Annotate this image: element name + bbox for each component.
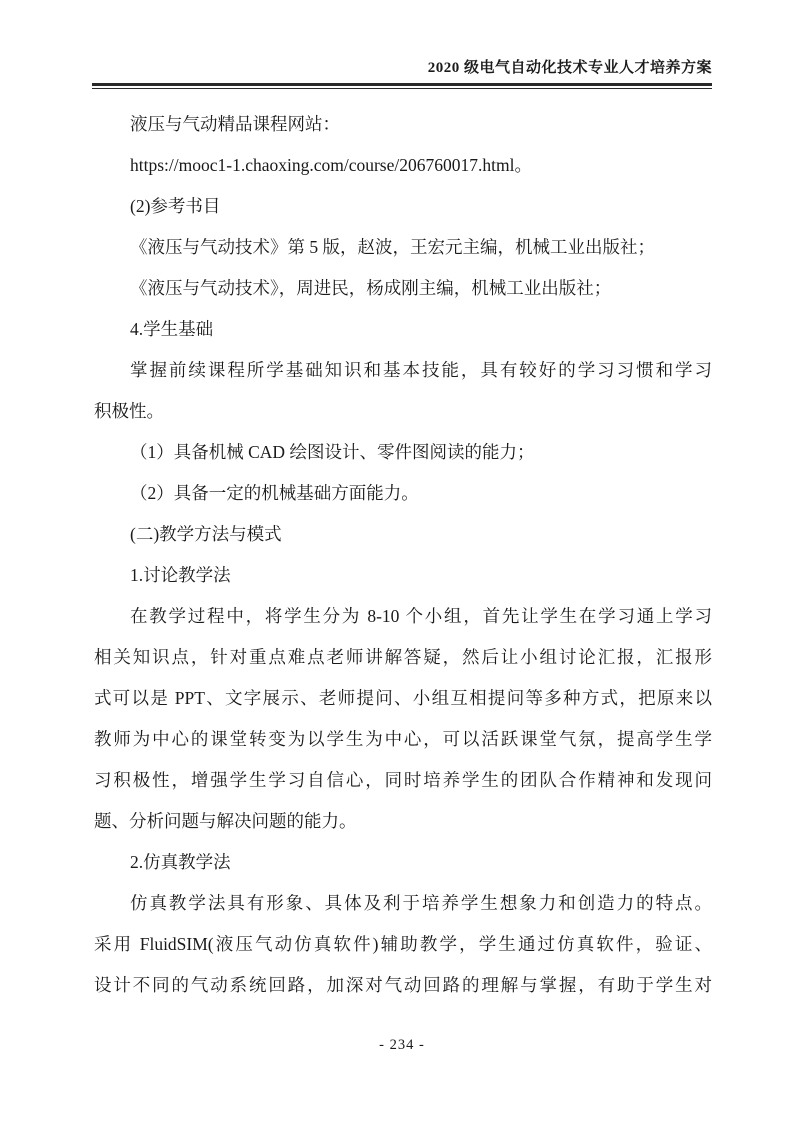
header-divider-rule bbox=[92, 83, 712, 89]
text-line: 掌握前续课程所学基础知识和基本技能，具有较好的学习习惯和学习 bbox=[94, 350, 712, 391]
text-line: 采用 FluidSIM(液压气动仿真软件)辅助教学，学生通过仿真软件，验证、 bbox=[94, 924, 712, 965]
text-line: 式可以是 PPT、文字展示、老师提问、小组互相提问等多种方式，把原来以 bbox=[94, 678, 712, 719]
text-line: 《液压与气动技术》，周进民，杨成刚主编，机械工业出版社； bbox=[94, 268, 712, 309]
text-line: (2)参考书目 bbox=[94, 186, 712, 227]
text-line: 设计不同的气动系统回路，加深对气动回路的理解与掌握，有助于学生对 bbox=[94, 965, 712, 1006]
text-line: （1）具备机械 CAD 绘图设计、零件图阅读的能力； bbox=[94, 432, 712, 473]
page-number: - 234 - bbox=[379, 1037, 425, 1053]
text-line: 教师为中心的课堂转变为以学生为中心，可以活跃课堂气氛，提高学生学 bbox=[94, 719, 712, 760]
text-line: 《液压与气动技术》第 5 版，赵波，王宏元主编，机械工业出版社； bbox=[94, 227, 712, 268]
text-line: 4.学生基础 bbox=[94, 309, 712, 350]
text-line: https://mooc1-1.chaoxing.com/course/2067… bbox=[94, 145, 712, 186]
page-footer: - 234 - bbox=[92, 1036, 712, 1054]
document-page: 2020 级电气自动化技术专业人才培养方案 液压与气动精品课程网站：https:… bbox=[0, 0, 793, 1122]
text-line: 在教学过程中，将学生分为 8-10 个小组，首先让学生在学习通上学习 bbox=[94, 596, 712, 637]
text-line: (二)教学方法与模式 bbox=[94, 514, 712, 555]
text-line: 2.仿真教学法 bbox=[94, 842, 712, 883]
text-line: 相关知识点，针对重点难点老师讲解答疑，然后让小组讨论汇报，汇报形 bbox=[94, 637, 712, 678]
text-line: 仿真教学法具有形象、具体及利于培养学生想象力和创造力的特点。 bbox=[94, 883, 712, 924]
text-line: 习积极性，增强学生学习自信心，同时培养学生的团队合作精神和发现问 bbox=[94, 760, 712, 801]
header-title: 2020 级电气自动化技术专业人才培养方案 bbox=[92, 57, 712, 79]
text-line: （2）具备一定的机械基础方面能力。 bbox=[94, 473, 712, 514]
text-line: 积极性。 bbox=[94, 391, 712, 432]
document-body: 液压与气动精品课程网站：https://mooc1-1.chaoxing.com… bbox=[94, 104, 712, 1006]
text-line: 题、分析问题与解决问题的能力。 bbox=[94, 801, 712, 842]
text-line: 1.讨论教学法 bbox=[94, 555, 712, 596]
page-header: 2020 级电气自动化技术专业人才培养方案 bbox=[92, 0, 712, 89]
text-line: 液压与气动精品课程网站： bbox=[94, 104, 712, 145]
